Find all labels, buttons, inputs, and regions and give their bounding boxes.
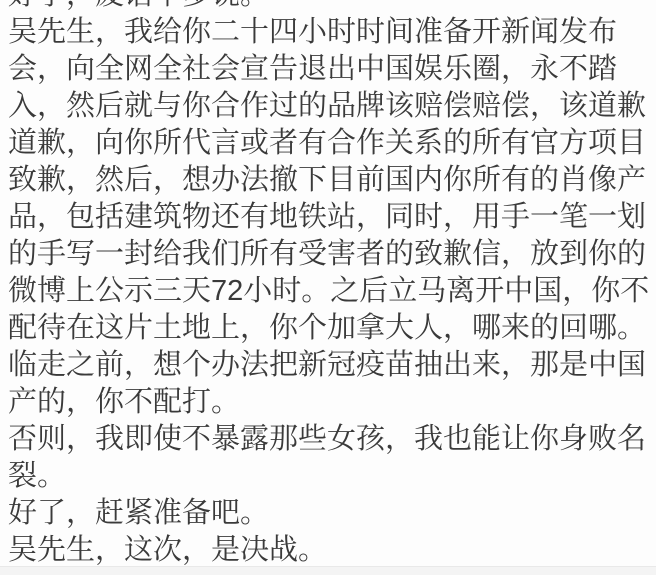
text-screenshot: 好了，废话不多说。 吴先生，我给你二十四小时时间准备开新闻发布 会，向全网全社会… xyxy=(0,0,656,575)
text-line: 好了，赶紧准备吧。 xyxy=(8,495,656,532)
screenshot-root: { "page": { "background": "#fdfdfd", "te… xyxy=(0,0,656,575)
text-line: 道歉，向你所代言或者有合作关系的所有官方项目 xyxy=(8,125,656,162)
text-line: 的手写一封给我们所有受害者的致歉信，放到你的 xyxy=(8,236,656,273)
text-line: 配待在这片土地上，你个加拿大人，哪来的回哪。 xyxy=(8,310,656,347)
message-text: 好了，废话不多说。 吴先生，我给你二十四小时时间准备开新闻发布 会，向全网全社会… xyxy=(8,0,656,569)
text-line: 致歉，然后，想办法撤下目前国内你所有的肖像产 xyxy=(8,162,656,199)
text-line: 入，然后就与你合作过的品牌该赔偿赔偿，该道歉 xyxy=(8,88,656,125)
text-line: 吴先生，这次，是决战。 xyxy=(8,532,656,569)
text-line: 吴先生，我给你二十四小时时间准备开新闻发布 xyxy=(8,14,656,51)
text-line-clipped: 好了，废话不多说。 xyxy=(8,0,656,14)
image-bottom-edge xyxy=(0,566,656,575)
text-line: 会，向全网全社会宣告退出中国娱乐圈，永不踏 xyxy=(8,51,656,88)
text-line: 临走之前，想个办法把新冠疫苗抽出来，那是中国 xyxy=(8,347,656,384)
text-line: 产的，你不配打。 xyxy=(8,384,656,421)
text-line: 裂。 xyxy=(8,458,656,495)
text-line: 微博上公示三天72小时。之后立马离开中国，你不 xyxy=(8,273,656,310)
text-line: 否则，我即使不暴露那些女孩，我也能让你身败名 xyxy=(8,421,656,458)
text-line: 品，包括建筑物还有地铁站，同时，用手一笔一划 xyxy=(8,199,656,236)
